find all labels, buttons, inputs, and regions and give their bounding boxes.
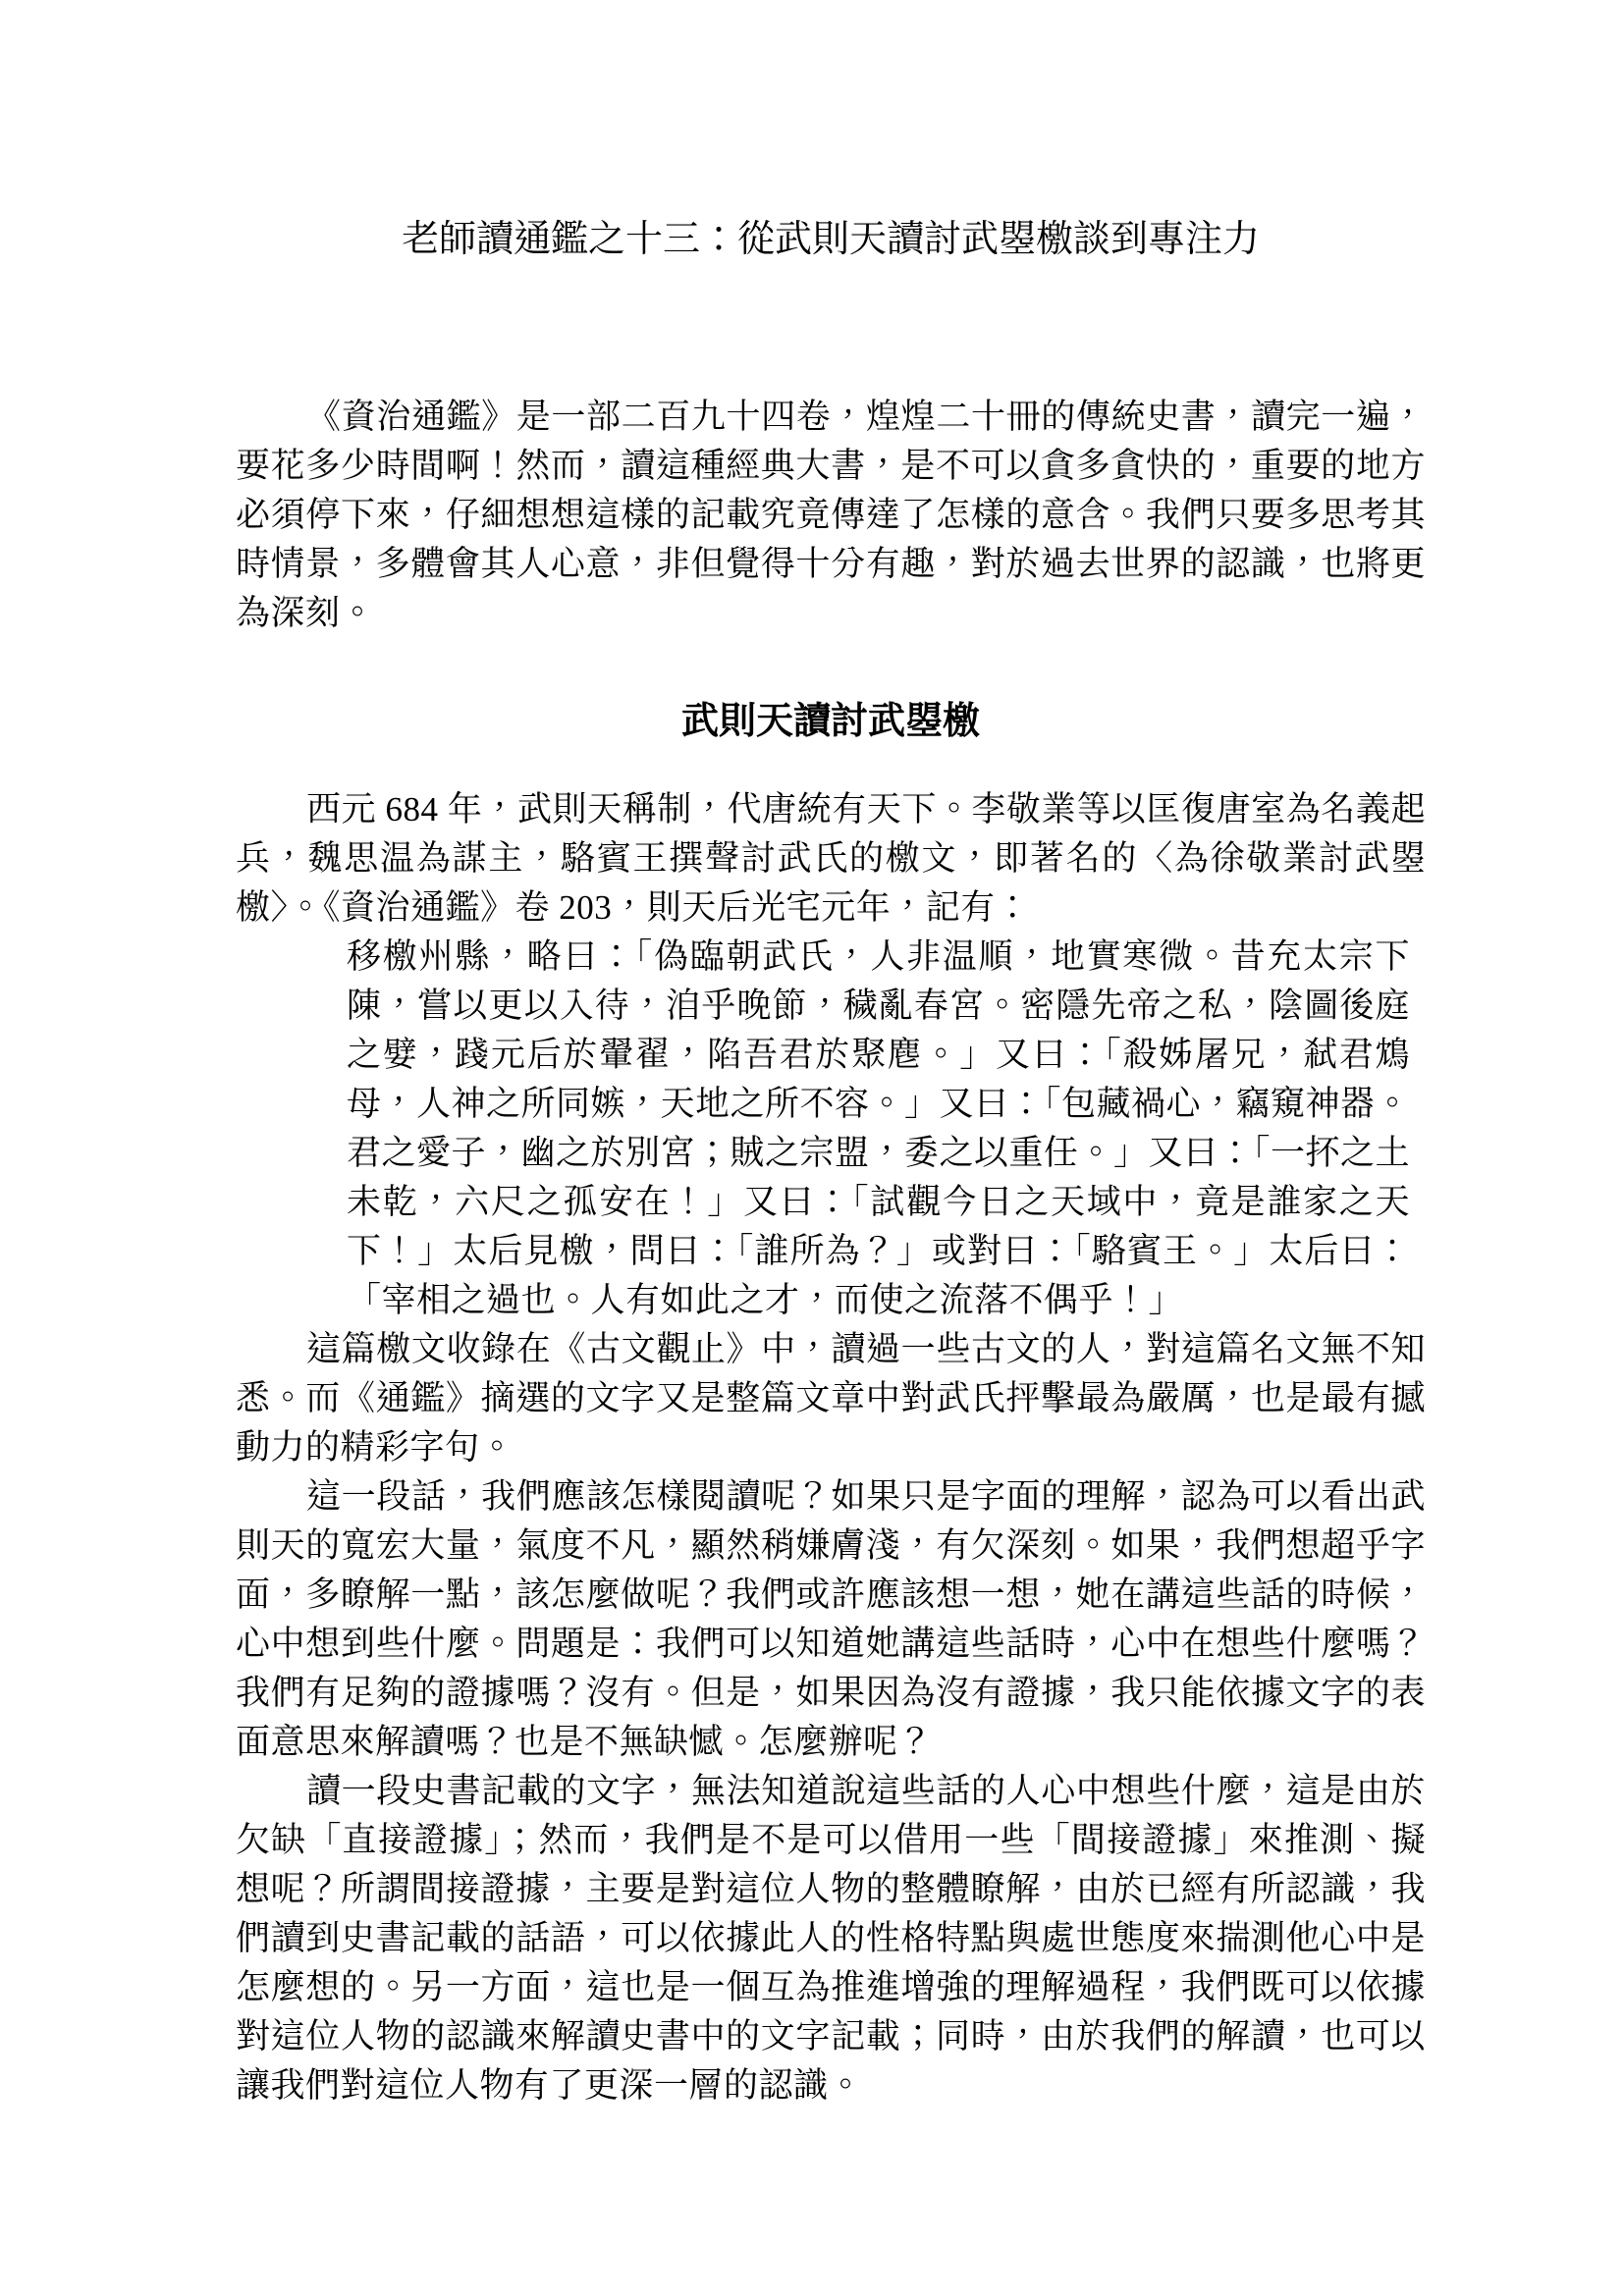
context-paragraph: 西元 684 年，武則天稱制，代唐統有天下。李敬業等以匡復唐室為名義起兵，魏思温… — [236, 785, 1426, 933]
commentary-paragraph-3: 讀一段史書記載的文字，無法知道說這些話的人心中想些什麼，這是由於欠缺「直接證據」… — [236, 1767, 1426, 2110]
commentary-paragraph-2: 這一段話，我們應該怎樣閱讀呢？如果只是字面的理解，認為可以看出武則天的寬宏大量，… — [236, 1472, 1426, 1767]
tongjian-quotation-block: 移檄州縣，略曰：「偽臨朝武氏，人非温順，地實寒微。昔充太宗下陳，嘗以更以入待，洎… — [347, 933, 1410, 1325]
intro-paragraph: 《資治通鑑》是一部二百九十四卷，煌煌二十冊的傳統史書，讀完一遍，要花多少時間啊！… — [236, 393, 1426, 638]
commentary-paragraph-1: 這篇檄文收錄在《古文觀止》中，讀過一些古文的人，對這篇名文無不知悉。而《通鑑》摘… — [236, 1325, 1426, 1472]
section-heading: 武則天讀討武曌檄 — [236, 694, 1426, 749]
document-page: 老師讀通鑑之十三：從武則天讀討武曌檄談到專注力 《資治通鑑》是一部二百九十四卷，… — [0, 0, 1624, 2296]
document-title: 老師讀通鑑之十三：從武則天讀討武曌檄談到專注力 — [236, 208, 1426, 271]
text-column: 老師讀通鑑之十三：從武則天讀討武曌檄談到專注力 《資治通鑑》是一部二百九十四卷，… — [236, 0, 1426, 2110]
